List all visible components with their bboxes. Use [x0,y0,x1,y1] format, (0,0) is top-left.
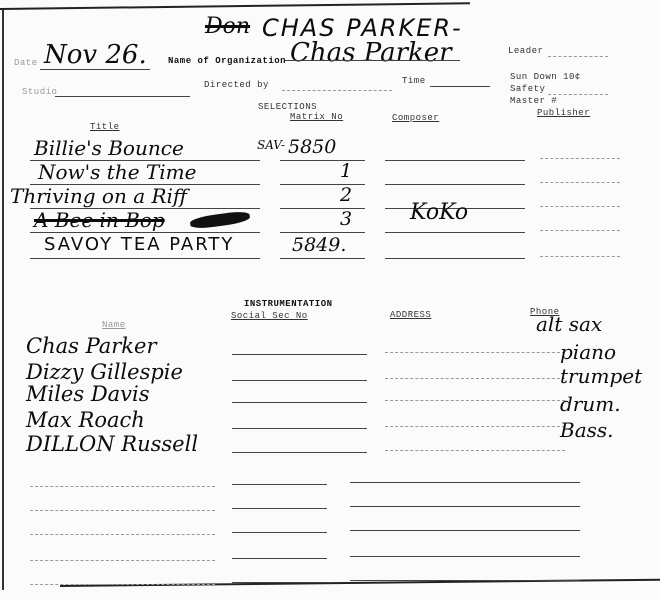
social-sec-line [232,380,367,381]
publisher-line [540,230,620,231]
paper-edge-left [2,10,4,590]
matrix-line [280,258,365,259]
blank-address-line [350,482,580,483]
blank-ssn-line [232,582,327,583]
blank-ssn-line [232,532,327,533]
selection-title: SAVOY TEA PARTY [44,234,234,255]
title-line [30,232,260,233]
blank-ssn-line [232,484,327,485]
leader-line [548,56,608,57]
publisher-line [540,256,620,257]
composer-line [385,160,525,161]
safety-line [548,94,608,95]
musician-instrument: piano [560,340,616,364]
composer-header: Composer [392,113,439,123]
musician-instrument: Bass. [560,418,614,442]
composer-line [385,232,525,233]
address-line [385,426,565,427]
composer-line [385,258,525,259]
selection-title: Billie's Bounce [34,136,184,160]
safety-label: Safety [510,84,545,94]
master-label: Master # [510,96,557,106]
social-sec-line [232,354,367,355]
musician-name: Chas Parker [26,334,157,358]
blank-address-line [350,506,580,507]
name-header: Name [102,320,126,330]
blank-ssn-line [232,558,327,559]
composer-name: KoKo [410,200,468,225]
social-sec-line [232,402,367,403]
matrix-prefix: SAV- [257,138,285,152]
date-label: Date [14,58,38,68]
leader-label: Leader [508,46,543,56]
publisher-line [540,182,620,183]
session-form: Don CHAS PARKER- Date Nov 26. Name of Or… [0,0,660,600]
publisher-line [540,206,620,207]
title-line [30,258,260,259]
blank-name-line [30,486,215,487]
selections-title: SELECTIONS [258,102,317,112]
address-line [385,352,565,353]
matrix-number: 5849. [292,234,346,256]
musician-instrument: trumpet [560,364,642,388]
social-sec-line [232,428,367,429]
musician-name: Max Roach [26,408,145,432]
blank-address-line [350,530,580,531]
matrix-line [280,184,365,185]
org-label: Name of Organization [168,56,286,66]
matrix-line [280,232,365,233]
blank-address-line [350,580,580,581]
blank-ssn-line [232,508,327,509]
studio-label: Studio [22,87,57,97]
time-label: Time [402,76,426,86]
blank-name-line [30,534,215,535]
selection-title: Now's the Time [38,160,196,184]
blank-name-line [30,584,215,585]
org-line [285,60,460,61]
blank-name-line [30,510,215,511]
directed-by-line [282,90,392,91]
scribble-mark [189,210,250,230]
org-signature: Chas Parker [290,38,452,68]
address-header: ADDRESS [390,310,431,320]
directed-by-label: Directed by [204,80,269,90]
matrix-number: 5850 [288,136,336,158]
matrix-number: 2 [340,184,352,206]
blank-address-line [350,556,580,557]
selection-title: A Bee in Bop [34,208,165,232]
musician-instrument: alt sax [536,312,602,336]
matrix-number: 3 [340,208,352,230]
address-line [385,450,565,451]
address-line [385,378,565,379]
matrix-number: 1 [340,160,352,182]
musician-name: Dizzy Gillespie [26,360,183,384]
musician-name: Miles Davis [26,382,150,406]
social-sec-header: Social Sec No [231,311,308,321]
studio-line [55,96,190,97]
crossed-out-leader: Don [205,14,250,39]
blank-name-line [30,560,215,561]
date-line [40,69,150,70]
date-value: Nov 26. [44,40,147,70]
musician-name: DILLON Russell [26,432,198,456]
matrix-line [280,208,365,209]
selection-title: Thriving on a Riff [10,184,187,208]
matrix-header: Matrix No [290,112,343,122]
paper-edge-top [0,2,470,10]
composer-line [385,184,525,185]
matrix-line [280,160,365,161]
address-line [385,400,565,401]
instrumentation-title: INSTRUMENTATION [244,299,333,309]
sun-down-label: Sun Down 10¢ [510,72,581,82]
title-header: Title [90,122,120,132]
publisher-line [540,158,620,159]
musician-instrument: drum. [560,392,621,416]
social-sec-line [232,452,367,453]
publisher-header: Publisher [537,108,590,118]
time-line [430,86,490,87]
